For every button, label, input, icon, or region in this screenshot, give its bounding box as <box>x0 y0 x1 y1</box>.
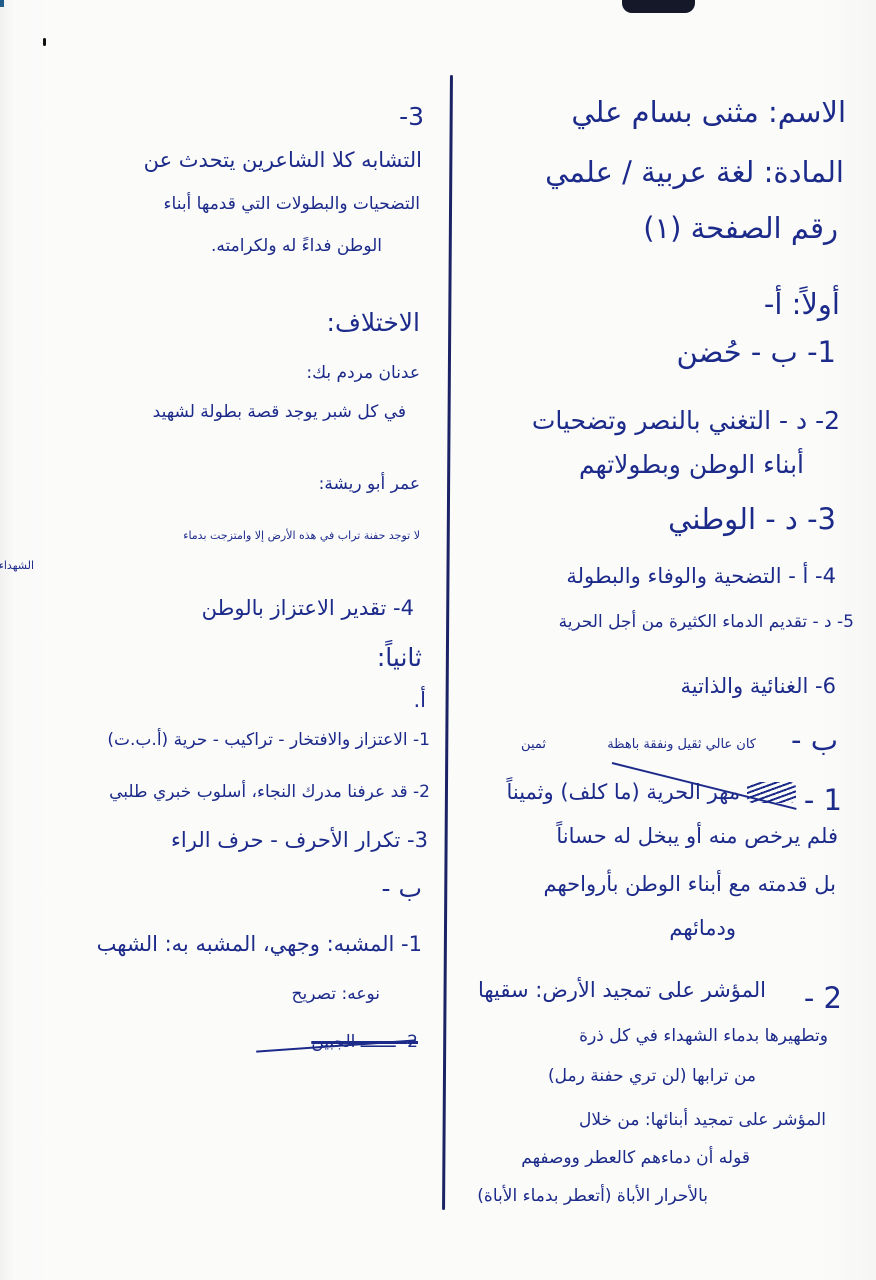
answer-number: 2- <box>815 406 840 435</box>
answer-text: أ - التضحية والوفاء والبطولة <box>566 564 808 588</box>
answer-number: 5- <box>837 612 854 632</box>
section-two-a-3: 3- تكرار الأحرف - حرف الراء <box>171 830 428 851</box>
part-b-q2-line-3: من ترابها (لن تري حفنة رمل) <box>548 1068 756 1085</box>
similarity-line-1: التشابه كلا الشاعرين يتحدث عن <box>144 150 422 171</box>
insert-word: ثمين <box>521 738 546 751</box>
answer-a-1: 1- ب - حُضن <box>677 338 837 367</box>
part-b-q2-line-2: وتطهيرها بدماء الشهداء في كل ذرة <box>579 1028 828 1045</box>
part-b-q1-cont-3: ودمائهم <box>669 918 736 939</box>
paper-background <box>0 0 876 1280</box>
answer-a-3: 3- د - الوطني <box>668 505 836 534</box>
answer-text: الغنائية والذاتية <box>680 674 808 698</box>
similarity-line-3: الوطن فداءً له ولكرامته. <box>211 238 382 255</box>
part-b-q2-line-4: المؤشر على تمجيد أبنائها: من خلال <box>579 1112 826 1129</box>
answer-number: 3- <box>407 828 428 852</box>
insert-above-text: كان عالي ثقيل ونفقة باهظة <box>607 738 756 751</box>
section-two-part-b-label: ب - <box>381 876 422 901</box>
stray-ink-mark <box>43 38 46 46</box>
answer-number: 2- <box>413 782 430 802</box>
question-3-label: 3- <box>399 104 424 129</box>
answer-text: د - التغني بالنصر وتضحيات <box>532 406 807 435</box>
answer-a-2: 2- د - التغني بالنصر وتضحيات <box>532 408 840 433</box>
part-b-q1-cont-1: فلم يرخص منه أو يبخل له حساناً <box>556 826 838 847</box>
poet-2-text-2: الشهداء <box>0 560 34 571</box>
answer-text: تكرار الأحرف - حرف الراء <box>171 828 400 852</box>
part-b-q2-line-6: بالأحرار الأباة (أتعطر بدماء الأباة) <box>477 1188 708 1205</box>
section-two-b-type: نوعه: تصريح <box>292 986 380 1003</box>
section-two-b-1: 1- المشبه: وجهي، المشبه به: الشهب <box>97 934 422 955</box>
poet-1-text: في كل شبر يوجد قصة بطولة لشهيد <box>153 404 406 421</box>
part-b-label: ب - <box>791 726 838 755</box>
part-b-q2-line-5: قوله أن دماءهم كالعطر ووصفهم <box>521 1150 750 1167</box>
answer-text: ب - حُضن <box>677 335 798 369</box>
part-b-q2-number: 2 - <box>804 984 842 1013</box>
section-two-a-2: 2- قد عرفنا مدرك النجاء، أسلوب خبري طلبي <box>109 784 430 801</box>
binder-clip <box>622 0 695 13</box>
part-b-q2-line-1: المؤشر على تمجيد الأرض: سقيها <box>478 980 766 1001</box>
struck-out-word: ــــــــ <box>747 782 796 803</box>
poet-2-name: عمر أبو ريشة: <box>319 476 420 493</box>
answer-text: قد عرفنا مدرك النجاء، أسلوب خبري طلبي <box>109 782 408 802</box>
section-two-part-a-label: أ. <box>413 690 426 711</box>
answer-number: 3- <box>807 502 836 536</box>
student-name: الاسم: مثنى بسام علي <box>571 98 846 127</box>
scan-corner-mark <box>0 0 4 7</box>
answer-number: 6- <box>815 674 836 698</box>
answer-number: 1- <box>413 730 430 750</box>
section-one-title: أولاً: أ- <box>764 290 840 319</box>
page-number-line: رقم الصفحة (١) <box>643 214 838 243</box>
section-two-title: ثانياً: <box>377 645 422 670</box>
subject-line: المادة: لغة عربية / علمي <box>545 158 844 187</box>
answer-text: الاعتزاز والافتخار - تراكيب - حرية (أ.ب.… <box>107 730 407 750</box>
answer-a-4: 4- أ - التضحية والوفاء والبطولة <box>566 566 836 587</box>
poet-1-name: عدنان مردم بك: <box>306 365 420 382</box>
answer-a-2-cont: أبناء الوطن وبطولاتهم <box>579 452 804 477</box>
question-4-answer: 4- تقدير الاعتزاز بالوطن <box>202 598 414 619</box>
part-b-q1-number: 1 - <box>804 786 842 815</box>
answer-number: 4- <box>815 564 836 588</box>
section-two-a-1: 1- الاعتزاز والافتخار - تراكيب - حرية (أ… <box>107 732 430 749</box>
part-b-q1-line: ــــــــ مهر الحرية (ما كلف) وثميناً <box>506 782 796 803</box>
difference-title: الاختلاف: <box>327 310 420 335</box>
answer-text: د - تقديم الدماء الكثيرة من أجل الحرية <box>559 612 832 632</box>
answer-a-5: 5- د - تقديم الدماء الكثيرة من أجل الحري… <box>559 614 854 631</box>
answer-text: د - الوطني <box>668 502 798 536</box>
similarity-line-2: التضحيات والبطولات التي قدمها أبناء <box>164 196 420 213</box>
answer-number: 1- <box>807 335 836 369</box>
poet-2-text-1: لا توجد حفنة تراب في هذه الأرض إلا وامتز… <box>183 530 420 541</box>
q1-text: مهر الحرية (ما كلف) وثميناً <box>506 780 740 804</box>
part-b-q1-cont-2: بل قدمته مع أبناء الوطن بأرواحهم <box>543 874 836 895</box>
answer-a-6: 6- الغنائية والذاتية <box>680 676 836 697</box>
